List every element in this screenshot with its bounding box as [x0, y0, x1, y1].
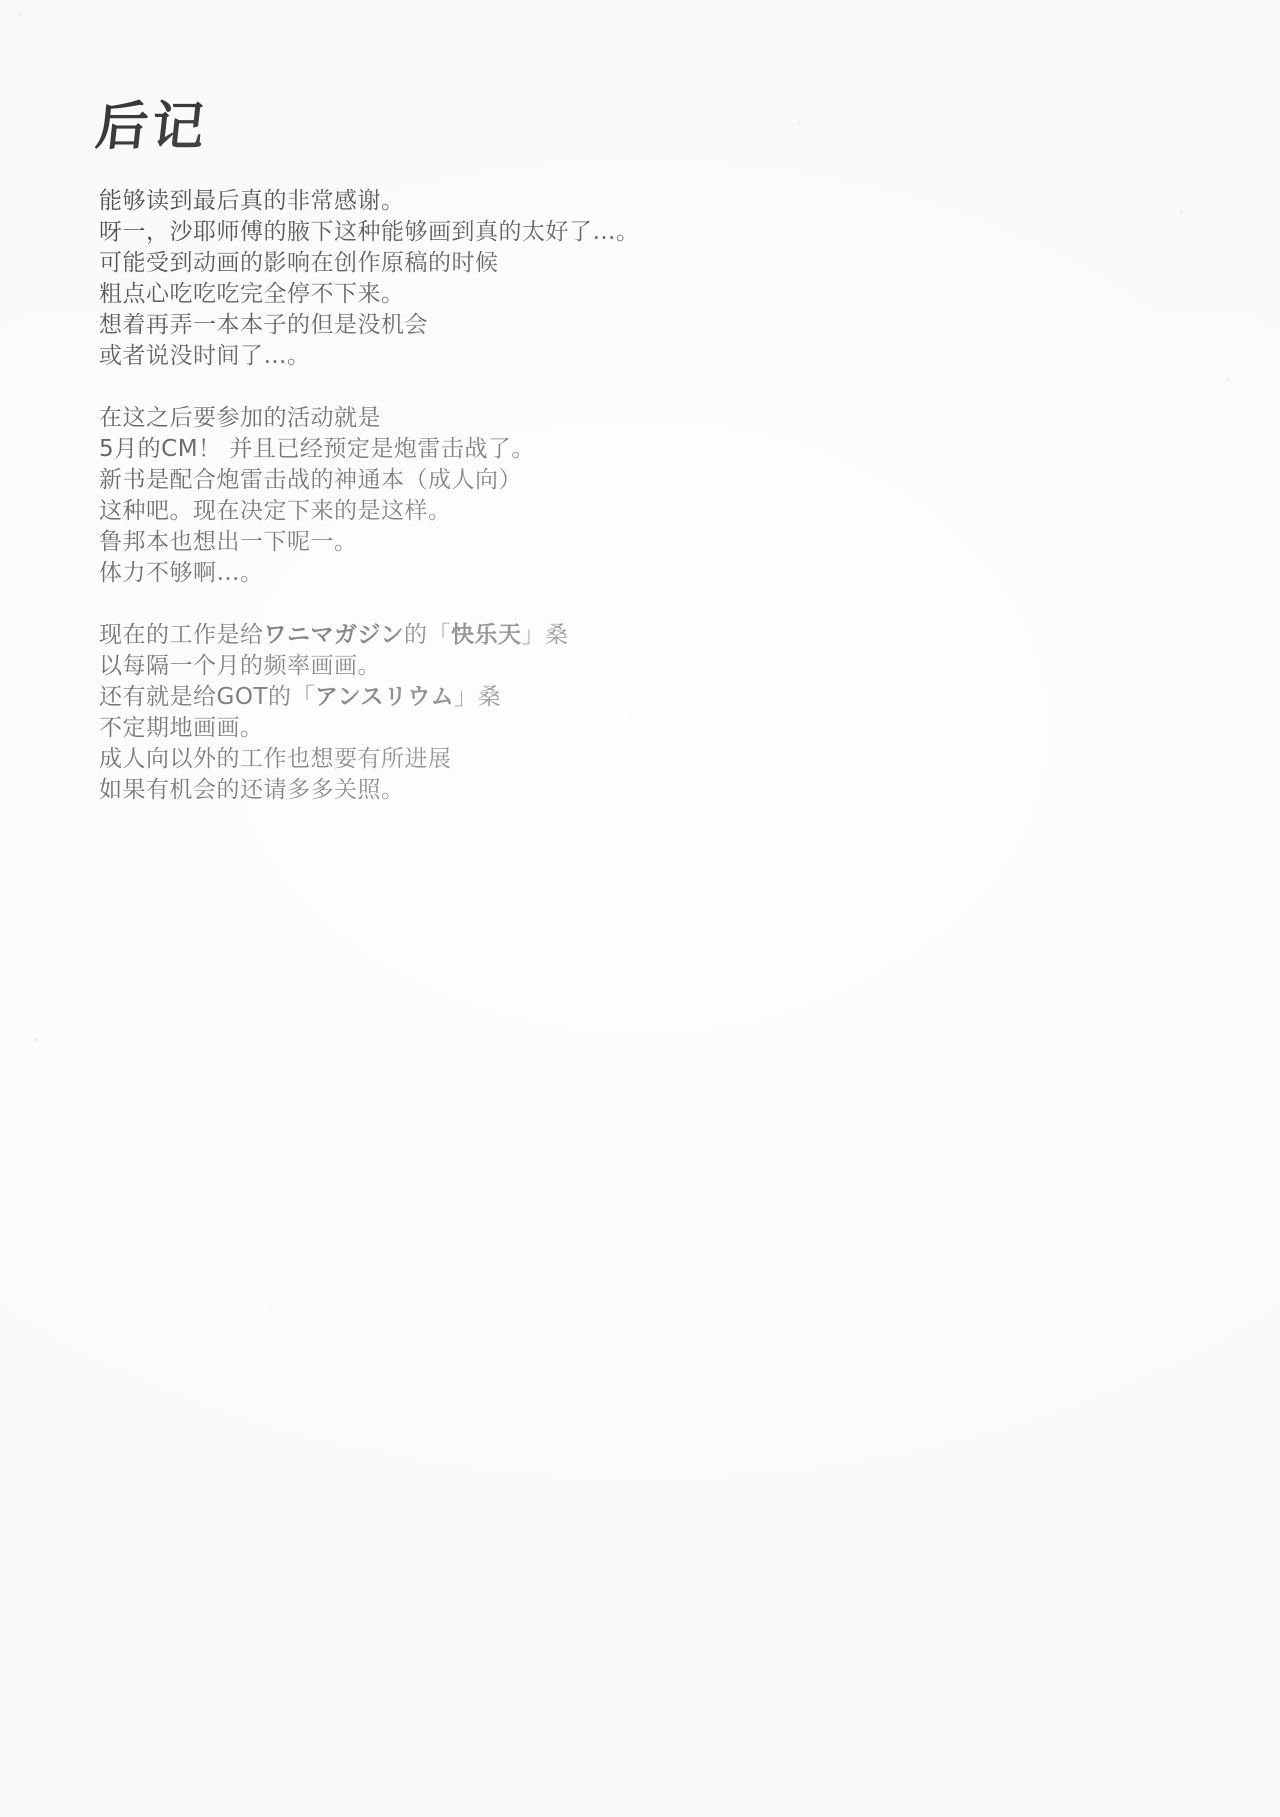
text-segment: 体力不够啊…。 — [99, 560, 264, 586]
text-segment: 可能受到动画的影响在创作原稿的时候 — [99, 250, 499, 276]
paragraph: 现在的工作是给ワニマガジン的「快乐天」桑以每隔一个月的频率画画。还有就是给GOT… — [99, 620, 999, 806]
paragraph: 能够读到最后真的非常感谢。呀一，沙耶师傅的腋下这种能够画到真的太好了…。可能受到… — [99, 186, 999, 372]
text-segment: 鲁邦本也想出一下呢一。 — [99, 529, 358, 555]
text-line: 或者说没时间了…。 — [99, 341, 999, 372]
text-segment: 或者说没时间了…。 — [99, 343, 311, 369]
text-segment: 想着再弄一本本子的但是没机会 — [99, 312, 428, 338]
paragraph: 在这之后要参加的活动就是5月的CM！ 并且已经预定是炮雷击战了。新书是配合炮雷击… — [99, 403, 999, 589]
text-line: 以每隔一个月的频率画画。 — [99, 651, 999, 682]
page-title: 后记 — [93, 96, 212, 158]
text-line: 鲁邦本也想出一下呢一。 — [99, 527, 999, 558]
bold-text-segment: アンスリウム — [315, 684, 454, 710]
text-segment: 现在的工作是给 — [99, 622, 264, 648]
bold-text-segment: 快乐天 — [451, 622, 522, 648]
scan-speck — [798, 121, 801, 124]
scan-speck — [1180, 210, 1183, 214]
text-line: 可能受到动画的影响在创作原稿的时候 — [99, 248, 999, 279]
text-segment: 能够读到最后真的非常感谢。 — [99, 188, 405, 214]
text-line: 体力不够啊…。 — [99, 558, 999, 589]
text-line: 5月的CM！ 并且已经预定是炮雷击战了。 — [99, 434, 999, 465]
text-line: 呀一，沙耶师傅的腋下这种能够画到真的太好了…。 — [99, 217, 999, 248]
text-segment: 的「 — [404, 622, 451, 648]
text-segment: 」桑 — [454, 684, 501, 710]
scan-speck — [34, 1038, 39, 1041]
text-line: 成人向以外的工作也想要有所进展 — [99, 744, 999, 775]
text-segment: 还有就是给GOT的「 — [99, 684, 315, 710]
text-segment: 」桑 — [521, 622, 568, 648]
text-line: 还有就是给GOT的「アンスリウム」桑 — [99, 682, 999, 713]
text-line: 如果有机会的还请多多关照。 — [99, 775, 999, 806]
text-segment: 在这之后要参加的活动就是 — [99, 405, 381, 431]
text-line: 不定期地画画。 — [99, 713, 999, 744]
scan-speck — [268, 1306, 271, 1309]
bold-text-segment: ワニマガジン — [264, 622, 404, 648]
text-segment: 成人向以外的工作也想要有所进展 — [99, 746, 452, 772]
text-segment: 如果有机会的还请多多关照。 — [99, 777, 405, 803]
text-line: 能够读到最后真的非常感谢。 — [99, 186, 999, 217]
scan-speck — [18, 12, 22, 16]
text-line: 这种吧。现在决定下来的是这样。 — [99, 496, 999, 527]
afterword-body: 能够读到最后真的非常感谢。呀一，沙耶师傅的腋下这种能够画到真的太好了…。可能受到… — [99, 186, 999, 837]
text-segment: 粗点心吃吃吃完全停不下来。 — [99, 281, 405, 307]
text-line: 粗点心吃吃吃完全停不下来。 — [99, 279, 999, 310]
scan-speck — [1226, 378, 1230, 381]
text-segment: 不定期地画画。 — [99, 715, 264, 741]
text-segment: 这种吧。现在决定下来的是这样。 — [99, 498, 452, 524]
text-line: 新书是配合炮雷击战的神通本（成人向） — [99, 465, 999, 496]
text-line: 现在的工作是给ワニマガジン的「快乐天」桑 — [99, 620, 999, 651]
text-segment: 5月的CM！ 并且已经预定是炮雷击战了。 — [99, 436, 535, 462]
text-segment: 呀一，沙耶师傅的腋下这种能够画到真的太好了…。 — [99, 219, 640, 245]
scanned-page: 后记 能够读到最后真的非常感谢。呀一，沙耶师傅的腋下这种能够画到真的太好了…。可… — [0, 0, 1280, 1817]
text-segment: 以每隔一个月的频率画画。 — [99, 653, 381, 679]
text-line: 在这之后要参加的活动就是 — [99, 403, 999, 434]
text-line: 想着再弄一本本子的但是没机会 — [99, 310, 999, 341]
text-segment: 新书是配合炮雷击战的神通本（成人向） — [99, 467, 522, 493]
